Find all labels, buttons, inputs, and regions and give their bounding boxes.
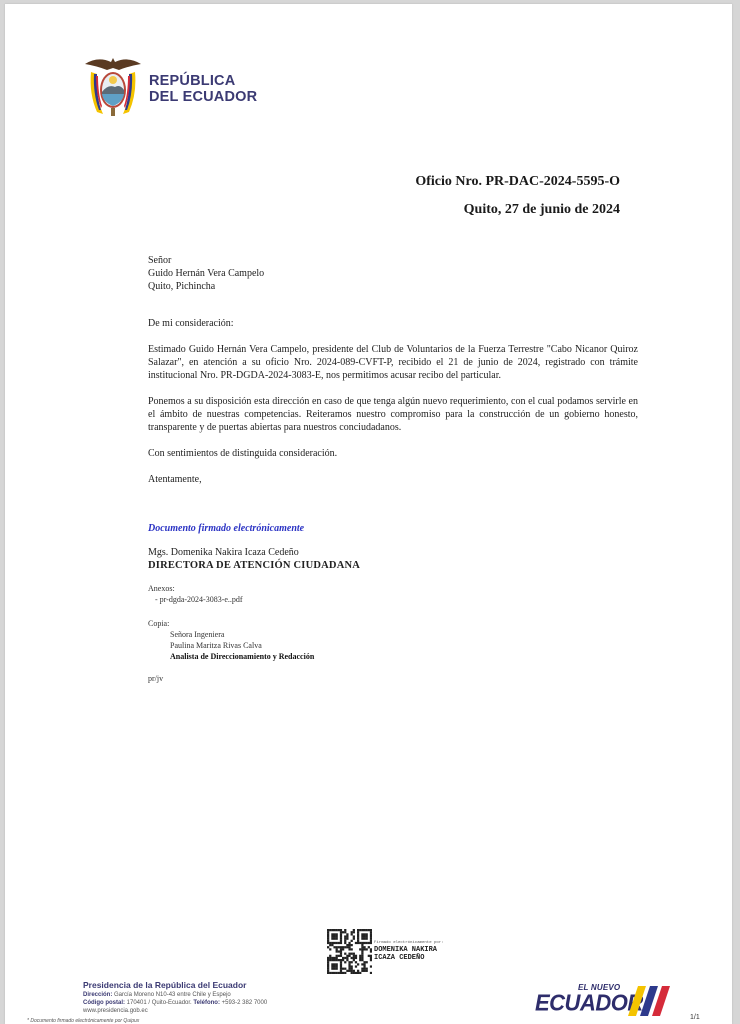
oficio-number: Oficio Nro. PR-DAC-2024-5595-O: [415, 174, 620, 190]
footer-website[interactable]: www.presidencia.gob.ec: [83, 1007, 267, 1015]
brand-stripes-icon: [628, 984, 673, 1018]
copy-block: Copia: Señora Ingeniera Paulina Maritza …: [148, 618, 638, 662]
copy-line-2: Paulina Maritza Rivas Calva: [148, 640, 638, 651]
recipient-title: Señor: [148, 254, 638, 267]
paragraph-2: Ponemos a su disposición esta dirección …: [148, 395, 638, 434]
copy-label: Copia:: [148, 618, 638, 629]
footer-organization: Presidencia de la República del Ecuador: [83, 980, 267, 991]
footer-address: Dirección: García Moreno N10-43 entre Ch…: [83, 991, 267, 999]
footer-note: * Documento firmado electrónicamente por…: [27, 1018, 139, 1024]
qr-code-icon[interactable]: [327, 929, 372, 974]
footer-info: Presidencia de la República del Ecuador …: [83, 980, 267, 1015]
reference-block: Oficio Nro. PR-DAC-2024-5595-O Quito, 27…: [415, 174, 620, 218]
brand-logo: EL NUEVO ECUADOR: [535, 982, 675, 1022]
sign-off: Atentamente,: [148, 473, 638, 486]
place-date: Quito, 27 de junio de 2024: [415, 202, 620, 218]
initials: pr/jv: [148, 673, 638, 684]
signed-electronically-note: Documento firmado electrónicamente: [148, 522, 638, 535]
closing: Con sentimientos de distinguida consider…: [148, 447, 638, 460]
annexes-block: Anexos: - pr-dgda-2024-3083-e..pdf: [148, 583, 638, 605]
page-number: 1/1: [690, 1014, 700, 1021]
annex-item[interactable]: - pr-dgda-2024-3083-e..pdf: [148, 594, 638, 605]
recipient-block: Señor Guido Hernán Vera Campelo Quito, P…: [148, 254, 638, 293]
signer-name: Mgs. Domenika Nakira Icaza Cedeño: [148, 546, 638, 559]
qr-signature-stamp: Firmado electrónicamente por: DOMENIKA N…: [327, 929, 444, 974]
letter-body: Señor Guido Hernán Vera Campelo Quito, P…: [148, 254, 638, 684]
document-page: REPÚBLICA DEL ECUADOR Oficio Nro. PR-DAC…: [5, 4, 732, 1024]
logo-line-1: REPÚBLICA: [149, 73, 257, 89]
paragraph-1: Estimado Guido Hernán Vera Campelo, pres…: [148, 343, 638, 382]
recipient-name: Guido Hernán Vera Campelo: [148, 267, 638, 280]
greeting: De mi consideración:: [148, 317, 638, 330]
qr-name-line-2: ICAZA CEDEÑO: [374, 954, 444, 962]
logo-line-2: DEL ECUADOR: [149, 89, 257, 105]
annexes-label: Anexos:: [148, 583, 638, 594]
signer-title: DIRECTORA DE ATENCIÓN CIUDADANA: [148, 559, 638, 572]
header-logo: REPÚBLICA DEL ECUADOR: [83, 54, 257, 120]
footer-postal-phone: Código postal: 170401 / Quito-Ecuador. T…: [83, 999, 267, 1007]
brand-big-text: ECUADOR: [535, 989, 643, 1016]
recipient-location: Quito, Pichincha: [148, 280, 638, 293]
copy-line-1: Señora Ingeniera: [148, 629, 638, 640]
qr-name-line-1: DOMENIKA NAKIRA: [374, 946, 444, 954]
copy-line-3: Analista de Direccionamiento y Redacción: [148, 651, 638, 662]
coat-of-arms-icon: [83, 54, 143, 120]
